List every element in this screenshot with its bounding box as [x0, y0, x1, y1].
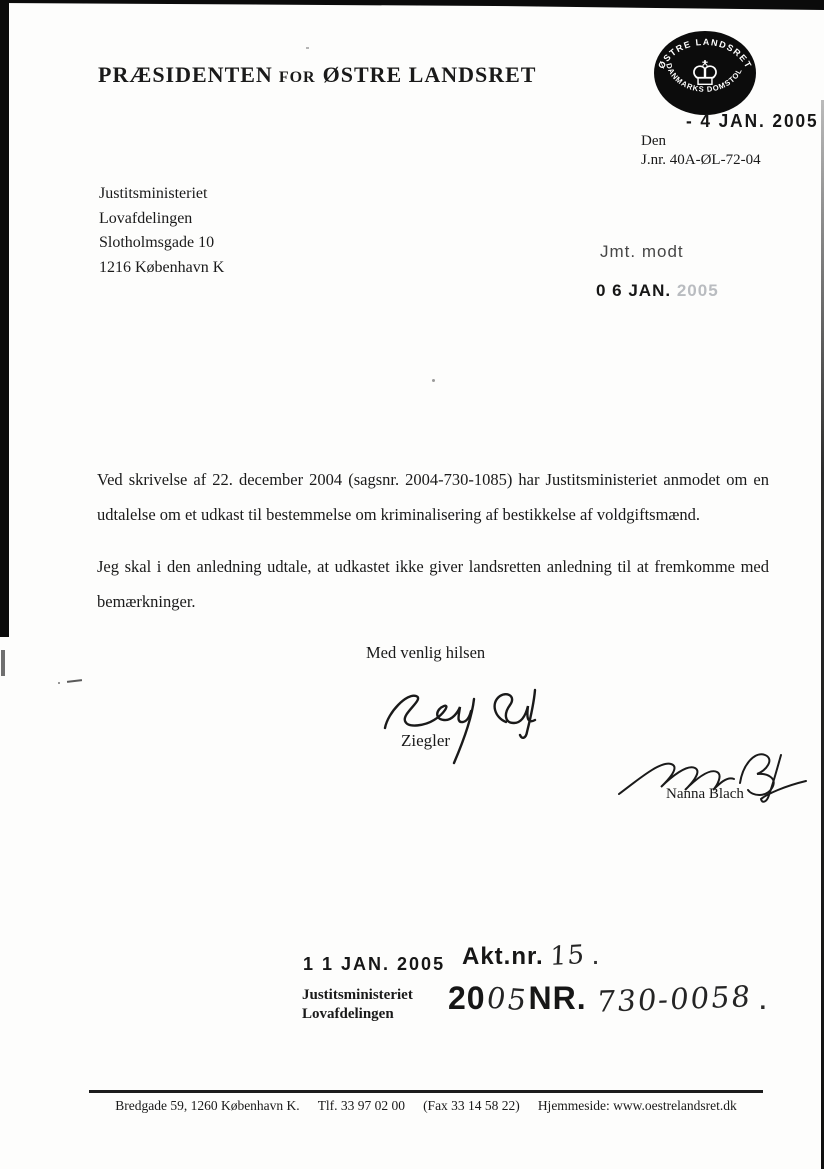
letterhead-title-main: PRÆSIDENTEN: [98, 62, 273, 87]
ministry-received-label: Jmt. modt: [600, 242, 684, 262]
ministry-received-date-year: 2005: [677, 281, 719, 300]
letterhead-title-rest: ØSTRE LANDSRET: [323, 62, 537, 87]
year-handwritten: 05: [484, 981, 531, 1018]
ministry-filing-date-stamp: 1 1 JAN. 2005: [303, 954, 445, 975]
scan-speck: [432, 379, 435, 382]
recipient-line: Slotholmsgade 10: [99, 231, 224, 256]
signer-name-nanna-blach: Nanna Blach: [666, 786, 744, 803]
scanned-letter-page: PRÆSIDENTENFORØSTRE LANDSRET ØSTRE LANDS…: [0, 0, 824, 1169]
letterhead-title-for: FOR: [279, 69, 316, 86]
ziegler-signature-icon: [375, 682, 555, 767]
reference-block: Den J.nr. 40A-ØL-72-04: [641, 132, 761, 170]
ministry-filing-org-line: Justitsministeriet: [302, 986, 413, 1005]
footer-address: Bredgade 59, 1260 København K.: [115, 1098, 299, 1113]
court-date-stamp: - 4 JAN. 2005: [686, 111, 819, 132]
akt-nr-label-stamp: Akt.nr.: [462, 943, 544, 970]
ziegler-signature: [375, 682, 555, 772]
nanna-blach-signature: [615, 748, 810, 813]
footer-phone: Tlf. 33 97 02 00: [318, 1098, 405, 1113]
case-number-period: .: [759, 988, 767, 1015]
footer-fax: (Fax 33 14 58 22): [423, 1098, 520, 1113]
body-paragraph-1: Ved skrivelse af 22. december 2004 (sags…: [97, 462, 769, 532]
case-number-handwritten: 730-0058: [595, 979, 753, 1019]
akt-nr-value-handwritten: 15: [549, 940, 586, 972]
recipient-address: Justitsministeriet Lovafdelingen Slothol…: [99, 182, 224, 280]
recipient-line: 1216 København K: [99, 256, 224, 281]
scan-smudge: [58, 680, 84, 688]
ministry-filing-org-line: Lovafdelingen: [302, 1005, 413, 1024]
signer-name-ziegler: Ziegler: [401, 731, 450, 751]
letterhead-title: PRÆSIDENTENFORØSTRE LANDSRET: [98, 62, 536, 88]
ministry-received-date-day: 0 6 JAN.: [596, 281, 671, 300]
footer-rule: [89, 1090, 763, 1093]
recipient-line: Lovafdelingen: [99, 207, 224, 232]
year-stamp: 20: [448, 980, 486, 1016]
ministry-received-date-stamp: 0 6 JAN. 2005: [596, 281, 719, 301]
closing-salutation: Med venlig hilsen: [366, 643, 485, 663]
nr-label-stamp: NR.: [529, 980, 587, 1016]
scan-edge-top: [0, 0, 824, 11]
court-seal: ØSTRE LANDSRET DANMARKS DOMSTOLE ♔: [652, 29, 758, 122]
akt-nr-annotation: Akt.nr.15.: [462, 941, 599, 971]
body-paragraph-2: Jeg skal i den anledning udtale, at udka…: [97, 549, 769, 619]
footer-website: Hjemmeside: www.oestrelandsret.dk: [538, 1098, 737, 1113]
royal-crown-icon: ♔: [690, 55, 720, 93]
recipient-line: Justitsministeriet: [99, 182, 224, 207]
scan-edge-left-fragment: [1, 650, 5, 676]
scan-speck: [306, 47, 309, 49]
reference-journal-number: J.nr. 40A-ØL-72-04: [641, 151, 761, 170]
reference-den-label: Den: [641, 132, 761, 151]
court-seal-icon: ØSTRE LANDSRET DANMARKS DOMSTOLE ♔: [652, 29, 758, 117]
ministry-filing-org-stamp: Justitsministeriet Lovafdelingen: [302, 986, 413, 1024]
case-number-annotation: 2005NR. 730-0058.: [448, 980, 767, 1017]
footer-contact-line: Bredgade 59, 1260 København K.Tlf. 33 97…: [89, 1098, 763, 1114]
scan-edge-left: [0, 0, 9, 637]
akt-nr-period: .: [593, 947, 600, 969]
